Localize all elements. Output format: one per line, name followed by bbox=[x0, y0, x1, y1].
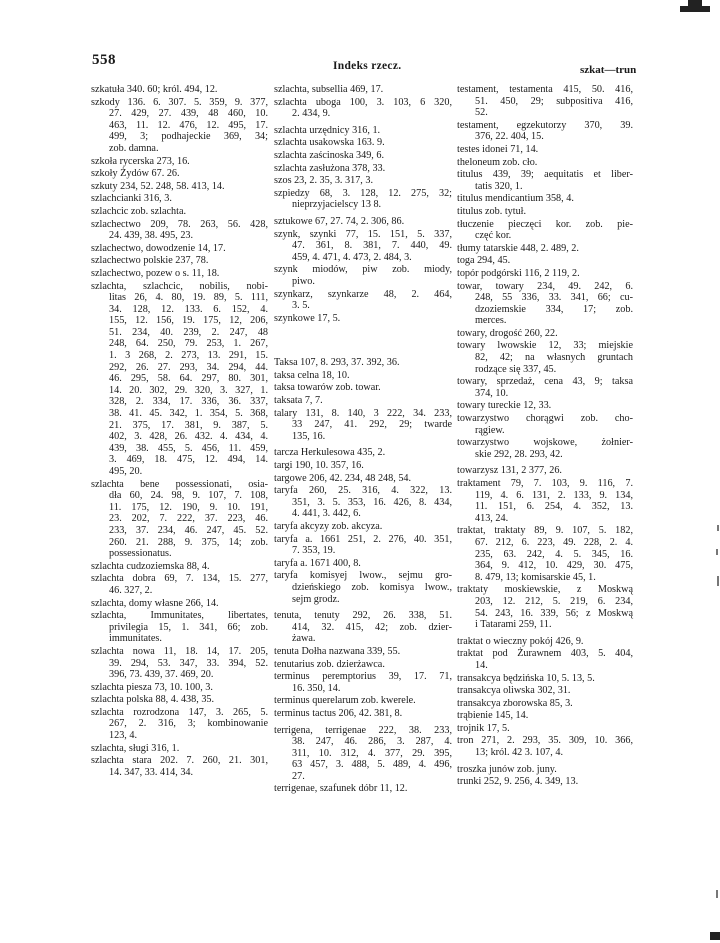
index-entry-continuation: merces. bbox=[457, 315, 633, 327]
index-entry: targi 190, 10. 357, 16. bbox=[274, 460, 452, 472]
index-entry-headline: taryfa akcyzy zob. akcyza. bbox=[274, 521, 452, 533]
index-entry-continuation: 459, 4. 471, 4. 473, 2. 484, 3. bbox=[274, 252, 452, 264]
index-entry-headline: testament, egzekutorzy 370, 39. bbox=[457, 120, 633, 132]
index-entry-headline: szlachectwo, pozew o s. 11, 18. bbox=[91, 268, 268, 280]
index-entry-headline: theloneum zob. cło. bbox=[457, 157, 633, 169]
index-entry-headline: szlachta zasłużona 378, 33. bbox=[274, 163, 452, 175]
index-entry-continuation: 11. 175, 12. 190, 9. 10. 191, bbox=[91, 502, 268, 514]
index-entry-continuation: 51. 234, 40. 239, 2. 247, 48 bbox=[91, 327, 268, 339]
index-entry-continuation: częć kor. bbox=[457, 230, 633, 242]
index-entry-continuation: 23. 202, 7. 222, 37. 223, 46. bbox=[91, 513, 268, 525]
index-entry-continuation: skie 292, 28. 293, 42. bbox=[457, 449, 633, 461]
index-entry-continuation: 155, 12. 156, 19. 175, 12, 206, bbox=[91, 315, 268, 327]
index-entry-headline: terrigena, terrigenae 222, 38. 233, bbox=[274, 725, 452, 737]
index-entry: taryfa akcyzy zob. akcyza. bbox=[274, 521, 452, 533]
index-entry-headline: towary, sprzedaż, cena 43, 9; taksa bbox=[457, 376, 633, 388]
index-entry: traktat, traktaty 89, 9. 107, 5. 182,67.… bbox=[457, 525, 633, 583]
index-entry-continuation: 233, 37. 234, 46. 247, 45. 52. bbox=[91, 525, 268, 537]
index-entry: szlachta urzędnicy 316, 1. bbox=[274, 125, 452, 137]
index-entry-headline: szlachta rozrodzona 147, 3. 265, 5. bbox=[91, 707, 268, 719]
index-entry: terminus peremptorius 39, 17. 71,16. 350… bbox=[274, 671, 452, 694]
index-entry-headline: szlachta bene possessionati, osia- bbox=[91, 479, 268, 491]
index-entry-headline: terminus tactus 206, 42. 381, 8. bbox=[274, 708, 452, 720]
index-entry: trunki 252, 9. 256, 4. 349, 13. bbox=[457, 776, 633, 788]
index-entry: terrigena, terrigenae 222, 38. 233,38. 2… bbox=[274, 725, 452, 783]
index-entry-headline: trąbienie 145, 14. bbox=[457, 710, 633, 722]
index-entry-headline: sztukowe 67, 27. 74, 2. 306, 86. bbox=[274, 216, 452, 228]
index-entry-headline: titulus zob. tytuł. bbox=[457, 206, 633, 218]
index-entry-continuation: 8. 479, 13; komisarskie 45, 1. bbox=[457, 572, 633, 584]
index-entry-headline: talary 131, 8. 140, 3 222, 34. 233, bbox=[274, 408, 452, 420]
index-entry: szos 23, 2. 35, 3. 317, 3. bbox=[274, 175, 452, 187]
index-entry-continuation: 248, 64. 250, 79. 253, 1. 267, bbox=[91, 338, 268, 350]
index-entry-continuation: nieprzyjacielscy 13 8. bbox=[274, 199, 452, 211]
index-entry-continuation: 54. 243, 16. 339, 56; z Moskwą bbox=[457, 608, 633, 620]
index-entry-headline: szlachta uboga 100, 3. 103, 6 320, bbox=[274, 97, 452, 109]
index-entry-headline: szlachta urzędnicy 316, 1. bbox=[274, 125, 452, 137]
index-entry-headline: szlachta cudzoziemska 88, 4. bbox=[91, 561, 268, 573]
index-entry-continuation: 495, 20. bbox=[91, 466, 268, 478]
index-entry-headline: towarzystwo chorągwi zob. cho- bbox=[457, 413, 633, 425]
index-entry: szlachcic zob. szlachta. bbox=[91, 206, 268, 218]
index-entry-headline: transakcya zborowska 85, 3. bbox=[457, 698, 633, 710]
index-entry-headline: terminus peremptorius 39, 17. 71, bbox=[274, 671, 452, 683]
index-entry-headline: szlachta piesza 73, 10. 100, 3. bbox=[91, 682, 268, 694]
index-entry-headline: towarzystwo wojskowe, żołnier- bbox=[457, 437, 633, 449]
index-entry: sztukowe 67, 27. 74, 2. 306, 86. bbox=[274, 216, 452, 228]
index-entry-headline: towar, towary 234, 49. 242, 6. bbox=[457, 281, 633, 293]
index-entry-headline: taryfa a. 1671 400, 8. bbox=[274, 558, 452, 570]
index-entry-headline: towary tureckie 12, 33. bbox=[457, 400, 633, 412]
index-entry: transakcya będzińska 10, 5. 13, 5. bbox=[457, 673, 633, 685]
index-entry-headline: taryfa 260, 25. 316, 4. 322, 13. bbox=[274, 485, 452, 497]
index-entry: towary lwowskie 12, 33; miejskie82, 42; … bbox=[457, 340, 633, 375]
index-entry: taksa towarów zob. towar. bbox=[274, 382, 452, 394]
index-entry-headline: towarzysz 131, 2 377, 26. bbox=[457, 465, 633, 477]
index-entry: szlachectwo 209, 78. 263, 56. 428,24. 43… bbox=[91, 219, 268, 242]
index-entry-headline: transakcya oliwska 302, 31. bbox=[457, 685, 633, 697]
index-entry: topór podgórski 116, 2 119, 2. bbox=[457, 268, 633, 280]
index-entry: titulus zob. tytuł. bbox=[457, 206, 633, 218]
index-entry-continuation: 14. bbox=[457, 660, 633, 672]
index-entry: tenutarius zob. dzierżawca. bbox=[274, 659, 452, 671]
index-entry: titulus mendicantium 358, 4. bbox=[457, 193, 633, 205]
index-entry-continuation: dzoziemskie 334, 17; zob. bbox=[457, 304, 633, 316]
index-entry: szlachta bene possessionati, osia-dła 60… bbox=[91, 479, 268, 560]
index-entry: szlachta zaścinoska 349, 6. bbox=[274, 150, 452, 162]
index-entry-continuation: 52. bbox=[457, 107, 633, 119]
index-entry-headline: szlachta, subsellia 469, 17. bbox=[274, 84, 452, 96]
index-entry-headline: szkuty 234, 52. 248, 58. 413, 14. bbox=[91, 181, 268, 193]
index-entry-continuation: 413, 24. bbox=[457, 513, 633, 525]
index-entry: szlachta, szlachcic, nobilis, nobi-litas… bbox=[91, 281, 268, 478]
index-entry-headline: transakcya będzińska 10, 5. 13, 5. bbox=[457, 673, 633, 685]
index-entry: towarzystwo wojskowe, żołnier-skie 292, … bbox=[457, 437, 633, 460]
index-entry-headline: toga 294, 45. bbox=[457, 255, 633, 267]
index-entry: traktat pod Żurawnem 403, 5. 404,14. bbox=[457, 648, 633, 671]
index-entry-continuation: 3. 5. bbox=[274, 300, 452, 312]
index-entry-continuation: privilegia 15, 1. 341, 66; zob. bbox=[91, 622, 268, 634]
index-entry-headline: taryfa a. 1661 251, 2. 276, 40. 351, bbox=[274, 534, 452, 546]
index-entry-continuation: dzieńskiego zob. komisya lwow., bbox=[274, 582, 452, 594]
index-entry: szynkowe 17, 5. bbox=[274, 313, 452, 325]
index-entry-continuation: 27. 429, 27. 439, 48 460, 10. bbox=[91, 108, 268, 120]
index-entry-headline: traktaty moskiewskie, z Moskwą bbox=[457, 584, 633, 596]
index-entry-headline: szlachta dobra 69, 7. 134, 15. 277, bbox=[91, 573, 268, 585]
index-entry-continuation: possessionatus. bbox=[91, 548, 268, 560]
index-column-middle: szlachta, subsellia 469, 17.szlachta ubo… bbox=[274, 84, 452, 796]
index-entry-continuation: 1. 3 268, 2. 273, 13. 291, 15. bbox=[91, 350, 268, 362]
index-entry-continuation: 38. 41. 45. 342, 1. 354, 5. 368, bbox=[91, 408, 268, 420]
index-entry: titulus 439, 39; aequitatis et liber-tat… bbox=[457, 169, 633, 192]
index-entry-continuation: 27. bbox=[274, 771, 452, 783]
index-entry-continuation: 135, 16. bbox=[274, 431, 452, 443]
index-entry-headline: szlachectwo polskie 237, 78. bbox=[91, 255, 268, 267]
index-entry-headline: Taksa 107, 8. 293, 37. 392, 36. bbox=[274, 357, 452, 369]
index-entry: szlachta, subsellia 469, 17. bbox=[274, 84, 452, 96]
index-entry-headline: traktament 79, 7. 103, 9. 116, 7. bbox=[457, 478, 633, 490]
index-entry-continuation: 235, 63. 242, 4. 5. 345, 16. bbox=[457, 549, 633, 561]
index-entry-headline: tron 271, 2. 293, 35. 309, 10. 366, bbox=[457, 735, 633, 747]
index-entry-headline: towary lwowskie 12, 33; miejskie bbox=[457, 340, 633, 352]
index-entry-continuation: 16. 350, 14. bbox=[274, 683, 452, 695]
scan-speck bbox=[717, 525, 719, 531]
index-entry: towar, towary 234, 49. 242, 6.248, 55 33… bbox=[457, 281, 633, 327]
index-entry-continuation: 248, 55 336, 33. 341, 66; cu- bbox=[457, 292, 633, 304]
index-entry: theloneum zob. cło. bbox=[457, 157, 633, 169]
index-entry-continuation: 3. 469, 18. 475, 12. 494, 14. bbox=[91, 454, 268, 466]
index-entry-headline: tenuta, tenuty 292, 26. 338, 51. bbox=[274, 610, 452, 622]
index-entry: szkuty 234, 52. 248, 58. 413, 14. bbox=[91, 181, 268, 193]
index-entry-continuation: 414, 32. 415, 42; zob. dzier- bbox=[274, 622, 452, 634]
index-entry: szlachta, domy własne 266, 14. bbox=[91, 598, 268, 610]
index-entry-headline: szpiedzy 68, 3. 128, 12. 275, 32; bbox=[274, 188, 452, 200]
index-entry-continuation: 7. 353, 19. bbox=[274, 545, 452, 557]
index-entry-headline: taksa towarów zob. towar. bbox=[274, 382, 452, 394]
index-entry: testes idonei 71, 14. bbox=[457, 144, 633, 156]
index-entry: szlachta zasłużona 378, 33. bbox=[274, 163, 452, 175]
index-entry-continuation: 46. 327, 2. bbox=[91, 585, 268, 597]
index-entry-headline: szlachta nowa 11, 18. 14, 17. 205, bbox=[91, 646, 268, 658]
index-entry-continuation: 292, 26. 27. 293, 34. 294, 44. bbox=[91, 362, 268, 374]
index-entry-continuation: litas 26, 4. 80, 19. 89, 5. 111, bbox=[91, 292, 268, 304]
index-entry-headline: szlachcianki 316, 3. bbox=[91, 193, 268, 205]
index-entry: szlachectwo polskie 237, 78. bbox=[91, 255, 268, 267]
index-entry: taryfa a. 1671 400, 8. bbox=[274, 558, 452, 570]
index-entry-headline: szkoła rycerska 273, 16. bbox=[91, 156, 268, 168]
index-entry-headline: titulus 439, 39; aequitatis et liber- bbox=[457, 169, 633, 181]
index-entry-headline: targi 190, 10. 357, 16. bbox=[274, 460, 452, 472]
index-entry-headline: szlachta polska 88, 4. 438, 35. bbox=[91, 694, 268, 706]
index-entry: towary tureckie 12, 33. bbox=[457, 400, 633, 412]
index-entry-headline: szos 23, 2. 35, 3. 317, 3. bbox=[274, 175, 452, 187]
index-entry: szkoły Żydów 67. 26. bbox=[91, 168, 268, 180]
index-entry-continuation: 311, 10. 312, 4. 377, 29. 395, bbox=[274, 748, 452, 760]
index-entry-headline: traktat o wieczny pokój 426, 9. bbox=[457, 636, 633, 648]
index-entry: taryfa komisyej lwow., sejmu gro-dzieńsk… bbox=[274, 570, 452, 605]
index-entry: szkody 136. 6. 307. 5. 359, 9. 377,27. 4… bbox=[91, 97, 268, 155]
scan-speck bbox=[716, 549, 718, 555]
index-entry: tenuta Dołha nazwana 339, 55. bbox=[274, 646, 452, 658]
section-range: szkat—trun bbox=[580, 64, 636, 76]
index-entry: szlachcianki 316, 3. bbox=[91, 193, 268, 205]
index-entry: szpiedzy 68, 3. 128, 12. 275, 32;nieprzy… bbox=[274, 188, 452, 211]
index-entry-continuation: 67. 212, 6. 223, 49. 228, 2. 4. bbox=[457, 537, 633, 549]
index-entry-headline: taksa celna 18, 10. bbox=[274, 370, 452, 382]
scan-speck bbox=[717, 576, 719, 586]
running-title: Indeks rzecz. bbox=[333, 60, 401, 72]
index-entry: szlachta, Immunitates, libertates,privil… bbox=[91, 610, 268, 645]
index-entry: traktat o wieczny pokój 426, 9. bbox=[457, 636, 633, 648]
index-entry-continuation: 46. 295, 58. 64. 297, 80. 301, bbox=[91, 373, 268, 385]
index-entry: talary 131, 8. 140, 3 222, 34. 233,33 24… bbox=[274, 408, 452, 443]
index-entry-continuation: 47. 361, 8. 381, 7. 440, 49. bbox=[274, 240, 452, 252]
index-entry-headline: szkody 136. 6. 307. 5. 359, 9. 377, bbox=[91, 97, 268, 109]
index-entry-headline: topór podgórski 116, 2 119, 2. bbox=[457, 268, 633, 280]
index-entry-continuation: 2. 434, 9. bbox=[274, 108, 452, 120]
index-entry: troszka junów zob. juny. bbox=[457, 764, 633, 776]
index-entry-headline: tłumy tatarskie 448, 2. 489, 2. bbox=[457, 243, 633, 255]
index-entry: szynk, szynki 77, 15. 151, 5. 337,47. 36… bbox=[274, 229, 452, 264]
index-entry-headline: szlachta, szlachcic, nobilis, nobi- bbox=[91, 281, 268, 293]
index-entry-headline: tarcza Herkulesowa 435, 2. bbox=[274, 447, 452, 459]
index-entry-headline: testament, testamenta 415, 50. 416, bbox=[457, 84, 633, 96]
index-entry: szlachta stara 202. 7. 260, 21. 301,14. … bbox=[91, 755, 268, 778]
index-entry-continuation: 14. 20. 302, 29. 320, 3. 327, 1. bbox=[91, 385, 268, 397]
index-entry-headline: szkatuła 340. 60; król. 494, 12. bbox=[91, 84, 268, 96]
index-entry: towarzystwo chorągwi zob. cho-rągiew. bbox=[457, 413, 633, 436]
index-entry-headline: targowe 206, 42. 234, 48 248, 54. bbox=[274, 473, 452, 485]
index-entry-headline: szkoły Żydów 67. 26. bbox=[91, 168, 268, 180]
index-entry-headline: szlachta, domy własne 266, 14. bbox=[91, 598, 268, 610]
index-entry-headline: trojnik 17, 5. bbox=[457, 723, 633, 735]
index-entry: traktament 79, 7. 103, 9. 116, 7.119, 4.… bbox=[457, 478, 633, 524]
index-entry-continuation: zob. damna. bbox=[91, 143, 268, 155]
index-entry: towary, sprzedaż, cena 43, 9; taksa374, … bbox=[457, 376, 633, 399]
index-entry-continuation: 33 247, 41. 292, 29; twarde bbox=[274, 419, 452, 431]
index-entry: szlachta polska 88, 4. 438, 35. bbox=[91, 694, 268, 706]
index-entry-continuation: 11. 151, 6. 254, 4. 352, 13. bbox=[457, 501, 633, 513]
index-entry-headline: taryfa komisyej lwow., sejmu gro- bbox=[274, 570, 452, 582]
index-entry-headline: titulus mendicantium 358, 4. bbox=[457, 193, 633, 205]
index-entry-headline: tenutarius zob. dzierżawca. bbox=[274, 659, 452, 671]
index-entry: szynk miodów, piw zob. miody,piwo. bbox=[274, 264, 452, 287]
index-entry-continuation: 13; król. 42 3. 107, 4. bbox=[457, 747, 633, 759]
index-entry: tarcza Herkulesowa 435, 2. bbox=[274, 447, 452, 459]
index-entry-continuation: rągiew. bbox=[457, 425, 633, 437]
index-entry: tenuta, tenuty 292, 26. 338, 51.414, 32.… bbox=[274, 610, 452, 645]
index-entry: szlachectwo, dowodzenie 14, 17. bbox=[91, 243, 268, 255]
index-entry-headline: troszka junów zob. juny. bbox=[457, 764, 633, 776]
index-entry-continuation: 463, 11. 12. 476, 12. 495, 17. bbox=[91, 120, 268, 132]
index-entry-headline: szlachectwo 209, 78. 263, 56. 428, bbox=[91, 219, 268, 231]
index-entry: transakcya oliwska 302, 31. bbox=[457, 685, 633, 697]
index-entry: tron 271, 2. 293, 35. 309, 10. 366,13; k… bbox=[457, 735, 633, 758]
index-entry-headline: tłuczenie pieczęci kor. zob. pie- bbox=[457, 219, 633, 231]
index-entry: szkoła rycerska 273, 16. bbox=[91, 156, 268, 168]
index-entry-headline: taksata 7, 7. bbox=[274, 395, 452, 407]
index-entry: terminus querelarum zob. kwerele. bbox=[274, 695, 452, 707]
index-entry: tłuczenie pieczęci kor. zob. pie-częć ko… bbox=[457, 219, 633, 242]
index-entry-continuation: tatis 320, 1. bbox=[457, 181, 633, 193]
index-entry-headline: towary, drogość 260, 22. bbox=[457, 328, 633, 340]
index-entry: szynkarz, szynkarze 48, 2. 464,3. 5. bbox=[274, 289, 452, 312]
index-entry: szkatuła 340. 60; król. 494, 12. bbox=[91, 84, 268, 96]
index-entry-continuation: 396, 73. 439, 37. 469, 20. bbox=[91, 669, 268, 681]
scan-artifact-top-right-spike bbox=[688, 0, 702, 8]
index-entry-headline: szlachta stara 202. 7. 260, 21. 301, bbox=[91, 755, 268, 767]
index-entry: szlachta cudzoziemska 88, 4. bbox=[91, 561, 268, 573]
index-entry-continuation: 14. 347, 33. 414, 34. bbox=[91, 767, 268, 779]
index-entry-continuation: 38. 247, 46. 286, 3. 287, 4. bbox=[274, 736, 452, 748]
index-entry-continuation: 499, 3; podhajeckie 369, 34; bbox=[91, 131, 268, 143]
index-entry-continuation: immunitates. bbox=[91, 633, 268, 645]
index-entry-headline: szlachta usakowska 163. 9. bbox=[274, 137, 452, 149]
index-entry-continuation: 439, 38. 455, 5. 456, 11. 459, bbox=[91, 443, 268, 455]
index-entry: tłumy tatarskie 448, 2. 489, 2. bbox=[457, 243, 633, 255]
index-entry-continuation: 82, 42; na własnych gruntach bbox=[457, 352, 633, 364]
index-entry: trąbienie 145, 14. bbox=[457, 710, 633, 722]
index-entry-continuation: 123, 4. bbox=[91, 730, 268, 742]
index-entry-headline: testes idonei 71, 14. bbox=[457, 144, 633, 156]
index-entry-continuation: 260. 21. 288, 9. 375, 14; zob. bbox=[91, 537, 268, 549]
index-entry: transakcya zborowska 85, 3. bbox=[457, 698, 633, 710]
index-entry-continuation: dła 60, 24. 98, 9. 107, 7. 108, bbox=[91, 490, 268, 502]
index-entry-continuation: 203, 12. 212, 5. 219, 6. 234, bbox=[457, 596, 633, 608]
index-entry-continuation: 34. 128, 12. 133. 6. 152, 4. bbox=[91, 304, 268, 316]
index-entry: szlachta usakowska 163. 9. bbox=[274, 137, 452, 149]
index-entry: testament, egzekutorzy 370, 39.376, 22. … bbox=[457, 120, 633, 143]
index-entry-continuation: 63 457, 3. 488, 5. 489, 4. 496, bbox=[274, 759, 452, 771]
scan-speck bbox=[716, 890, 718, 898]
index-entry: trojnik 17, 5. bbox=[457, 723, 633, 735]
index-entry: taksa celna 18, 10. bbox=[274, 370, 452, 382]
index-entry-continuation: i Tatarami 259, 11. bbox=[457, 619, 633, 631]
index-entry: terminus tactus 206, 42. 381, 8. bbox=[274, 708, 452, 720]
index-entry: szlachectwo, pozew o s. 11, 18. bbox=[91, 268, 268, 280]
index-entry-continuation: rodzące się 337, 45. bbox=[457, 364, 633, 376]
index-entry-continuation: 376, 22. 404, 15. bbox=[457, 131, 633, 143]
index-entry: szlachta uboga 100, 3. 103, 6 320,2. 434… bbox=[274, 97, 452, 120]
page-number: 558 bbox=[92, 52, 116, 69]
index-entry: targowe 206, 42. 234, 48 248, 54. bbox=[274, 473, 452, 485]
index-entry-headline: szlachta zaścinoska 349, 6. bbox=[274, 150, 452, 162]
index-entry: szlachta rozrodzona 147, 3. 265, 5.267, … bbox=[91, 707, 268, 742]
scan-artifact-bottom-right bbox=[710, 932, 720, 940]
index-entry-headline: tenuta Dołha nazwana 339, 55. bbox=[274, 646, 452, 658]
index-entry-headline: szynk miodów, piw zob. miody, bbox=[274, 264, 452, 276]
index-entry-continuation: 119, 4. 6. 131, 2. 133, 9. 134, bbox=[457, 490, 633, 502]
index-entry: testament, testamenta 415, 50. 416,51. 4… bbox=[457, 84, 633, 119]
index-entry: terrigenae, szafunek dóbr 11, 12. bbox=[274, 783, 452, 795]
index-entry: taryfa a. 1661 251, 2. 276, 40. 351,7. 3… bbox=[274, 534, 452, 557]
index-entry-headline: traktat pod Żurawnem 403, 5. 404, bbox=[457, 648, 633, 660]
index-column-right: testament, testamenta 415, 50. 416,51. 4… bbox=[457, 84, 633, 789]
index-entry: toga 294, 45. bbox=[457, 255, 633, 267]
index-entry-continuation: 374, 10. bbox=[457, 388, 633, 400]
index-entry-headline: terrigenae, szafunek dóbr 11, 12. bbox=[274, 783, 452, 795]
index-entry-continuation: 267, 2. 316, 3; kombinowanie bbox=[91, 718, 268, 730]
index-entry-headline: traktat, traktaty 89, 9. 107, 5. 182, bbox=[457, 525, 633, 537]
index-entry-continuation: 364, 9. 412, 10. 429, 30. 475, bbox=[457, 560, 633, 572]
index-entry-continuation: 328, 2. 334, 17. 336, 36. 337, bbox=[91, 396, 268, 408]
index-entry-headline: szlachcic zob. szlachta. bbox=[91, 206, 268, 218]
index-entry: taksata 7, 7. bbox=[274, 395, 452, 407]
index-entry: towary, drogość 260, 22. bbox=[457, 328, 633, 340]
index-entry-headline: terminus querelarum zob. kwerele. bbox=[274, 695, 452, 707]
index-entry: szlachta dobra 69, 7. 134, 15. 277,46. 3… bbox=[91, 573, 268, 596]
index-entry: towarzysz 131, 2 377, 26. bbox=[457, 465, 633, 477]
index-entry-continuation: 21. 375, 17. 381, 9. 387, 5. bbox=[91, 420, 268, 432]
index-entry: traktaty moskiewskie, z Moskwą203, 12. 2… bbox=[457, 584, 633, 630]
index-entry-headline: szynkowe 17, 5. bbox=[274, 313, 452, 325]
index-entry-continuation: 24. 439, 38. 495, 23. bbox=[91, 230, 268, 242]
index-entry-continuation: piwo. bbox=[274, 276, 452, 288]
index-entry: szlachta piesza 73, 10. 100, 3. bbox=[91, 682, 268, 694]
index-entry-continuation: żawa. bbox=[274, 633, 452, 645]
index-entry-continuation: 39. 294, 53. 347, 33. 394, 52. bbox=[91, 658, 268, 670]
index-entry-headline: szlachta, sługi 316, 1. bbox=[91, 743, 268, 755]
index-entry-headline: szlachectwo, dowodzenie 14, 17. bbox=[91, 243, 268, 255]
index-column-left: szkatuła 340. 60; król. 494, 12.szkody 1… bbox=[91, 84, 268, 779]
index-entry: Taksa 107, 8. 293, 37. 392, 36. bbox=[274, 357, 452, 369]
index-entry-continuation: 51. 450, 29; subpositiva 416, bbox=[457, 96, 633, 108]
index-entry-continuation: sejm grodz. bbox=[274, 594, 452, 606]
index-entry: szlachta nowa 11, 18. 14, 17. 205,39. 29… bbox=[91, 646, 268, 681]
index-entry-continuation: 402, 3. 428, 26. 432. 4. 434, 4. bbox=[91, 431, 268, 443]
index-entry-continuation: 351, 3. 5. 353, 16. 426, 8. 434, bbox=[274, 497, 452, 509]
index-entry-headline: szlachta, Immunitates, libertates, bbox=[91, 610, 268, 622]
index-entry-headline: trunki 252, 9. 256, 4. 349, 13. bbox=[457, 776, 633, 788]
index-entry: taryfa 260, 25. 316, 4. 322, 13.351, 3. … bbox=[274, 485, 452, 520]
index-entry-continuation: 4. 441, 3. 442, 6. bbox=[274, 508, 452, 520]
index-entry-headline: szynk, szynki 77, 15. 151, 5. 337, bbox=[274, 229, 452, 241]
index-entry-headline: szynkarz, szynkarze 48, 2. 464, bbox=[274, 289, 452, 301]
index-entry: szlachta, sługi 316, 1. bbox=[91, 743, 268, 755]
